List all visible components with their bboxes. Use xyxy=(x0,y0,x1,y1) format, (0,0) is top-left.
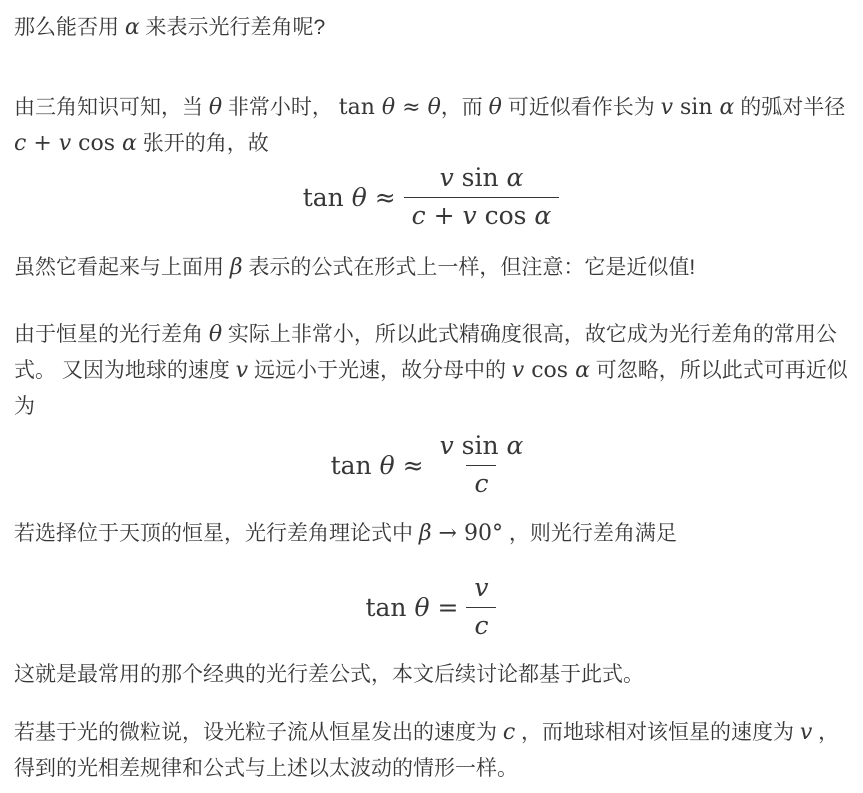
math-variable: v xyxy=(236,358,248,383)
math-variable: α xyxy=(720,95,735,120)
text-run: ，而 xyxy=(441,96,489,119)
fraction-denominator: c xyxy=(466,607,496,642)
formula-lhs: tan θ = xyxy=(365,593,458,622)
math-operator: sin xyxy=(454,431,507,460)
math-variable: θ xyxy=(380,451,395,480)
text-run: 来表示光行差角呢? xyxy=(140,16,326,39)
fraction-numerator: v sin α xyxy=(432,431,532,465)
math-variable: v xyxy=(474,573,488,602)
article-body: 那么能否用 α 来表示光行差角呢?由三角知识可知，当 θ 非常小时， tan θ… xyxy=(0,0,863,787)
paragraph: 这就是最常用的那个经典的光行差公式，本文后续讨论都基于此式。 xyxy=(14,657,848,693)
math-variable: v xyxy=(463,201,477,230)
text-run: ，则光行差角满足 xyxy=(503,522,677,545)
math-operator: tan xyxy=(303,183,352,212)
display-formula: tan θ ≈v sin αc + v cos α xyxy=(14,164,848,230)
math-operator: cos xyxy=(477,201,535,230)
math-variable: v xyxy=(440,431,454,460)
paragraph: 由于恒星的光行差角 θ 实际上非常小，所以此式精确度很高，故它成为光行差角的常用… xyxy=(14,317,848,425)
math-variable: θ xyxy=(489,95,502,120)
paragraph: 若基于光的微粒说，设光粒子流从恒星发出的速度为 c ，而地球相对该恒星的速度为 … xyxy=(14,715,848,787)
text-run: 张开的角，故 xyxy=(137,132,269,155)
math-variable: c xyxy=(474,469,488,498)
math-operator: sin xyxy=(673,95,719,120)
fraction-numerator: v xyxy=(466,573,496,607)
text-run: 可近似看作长为 xyxy=(502,96,661,119)
math-operator: tan xyxy=(331,451,380,480)
fraction: v sin αc xyxy=(432,431,532,500)
paragraph: 由三角知识可知，当 θ 非常小时， tan θ ≈ θ，而 θ 可近似看作长为 … xyxy=(14,90,848,162)
math-variable: v xyxy=(59,131,71,156)
fraction-numerator: v sin α xyxy=(432,163,532,197)
math-operator: sin xyxy=(454,163,507,192)
math-operator: tan xyxy=(365,593,414,622)
text-run: 虽然它看起来与上面用 xyxy=(14,256,230,279)
text-run: 的弧对半径 xyxy=(734,96,845,119)
math-operator: ≈ xyxy=(395,95,427,120)
math-variable: c xyxy=(474,611,488,640)
math-variable: α xyxy=(122,131,137,156)
fraction: v sin αc + v cos α xyxy=(404,163,560,232)
text-run: 表示的公式在形式上一样，但注意：它是近似值! xyxy=(243,256,696,279)
math-operator: tan xyxy=(339,95,382,120)
math-variable: θ xyxy=(209,322,222,347)
math-operator: ≈ xyxy=(367,183,396,212)
math-variable: v xyxy=(661,95,673,120)
fraction-denominator: c + v cos α xyxy=(404,197,560,232)
math-variable: v xyxy=(512,358,524,383)
text-run: 远远小于光速，故分母中的 xyxy=(248,359,512,382)
math-variable: v xyxy=(800,720,812,745)
math-operator: cos xyxy=(524,358,575,383)
text-run: 这就是最常用的那个经典的光行差公式，本文后续讨论都基于此式。 xyxy=(14,663,644,686)
display-formula: tan θ ≈v sin αc xyxy=(14,433,848,497)
math-variable: θ xyxy=(428,95,441,120)
math-variable: θ xyxy=(382,95,395,120)
text-run: 由于恒星的光行差角 xyxy=(14,323,209,346)
formula-lhs: tan θ ≈ xyxy=(331,451,424,480)
fraction: vc xyxy=(466,573,496,642)
math-variable: α xyxy=(575,358,590,383)
math-variable: c xyxy=(503,720,515,745)
math-operator: → 90° xyxy=(432,521,503,546)
math-variable: θ xyxy=(209,95,222,120)
text-run: 非常小时， xyxy=(222,96,339,119)
text-run: 那么能否用 xyxy=(14,16,125,39)
math-operator: ≈ xyxy=(395,451,424,480)
math-variable: α xyxy=(125,15,140,40)
math-variable: c xyxy=(14,131,26,156)
math-variable: θ xyxy=(414,593,429,622)
math-variable: β xyxy=(419,521,432,546)
display-formula: tan θ =vc xyxy=(14,574,848,641)
math-variable: α xyxy=(507,431,524,460)
text-run: ，而地球相对该恒星的速度为 xyxy=(515,721,800,744)
text-run: 由三角知识可知，当 xyxy=(14,96,209,119)
paragraph: 那么能否用 α 来表示光行差角呢? xyxy=(14,10,848,46)
text-run: 若选择位于天顶的恒星，光行差角理论式中 xyxy=(14,522,419,545)
math-operator: + xyxy=(26,131,58,156)
paragraph: 若选择位于天顶的恒星，光行差角理论式中 β → 90° ，则光行差角满足 xyxy=(14,516,848,552)
math-variable: v xyxy=(440,163,454,192)
fraction-denominator: c xyxy=(466,465,496,500)
math-variable: β xyxy=(230,255,243,280)
math-operator: = xyxy=(430,593,459,622)
math-operator: + xyxy=(426,201,463,230)
formula-lhs: tan θ ≈ xyxy=(303,183,396,212)
text-run: 若基于光的微粒说，设光粒子流从恒星发出的速度为 xyxy=(14,721,503,744)
math-operator: cos xyxy=(71,131,122,156)
math-variable: θ xyxy=(352,183,367,212)
paragraph: 虽然它看起来与上面用 β 表示的公式在形式上一样，但注意：它是近似值! xyxy=(14,250,848,286)
math-variable: α xyxy=(507,163,524,192)
math-variable: α xyxy=(534,201,551,230)
math-variable: c xyxy=(412,201,426,230)
